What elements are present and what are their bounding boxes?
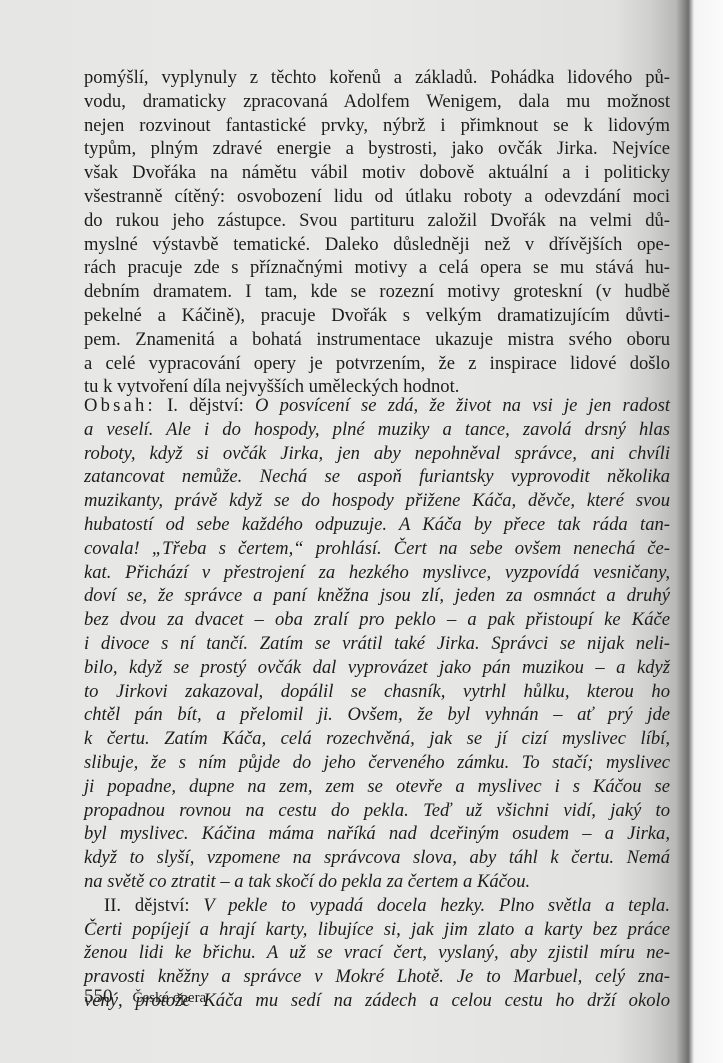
text-line: kat. Přichází v přestrojení za hezkého m… xyxy=(84,561,670,585)
running-head: Česká opera xyxy=(133,990,207,1006)
text-line: pem. Znamenitá a bohatá instrumentace uk… xyxy=(84,328,670,352)
text-line: ji popadne, dupne na zem, zem se otevře … xyxy=(84,775,670,799)
page-number: 550 xyxy=(84,986,113,1007)
text-line: pekelné a Káčině), pracuje Dvořák s velk… xyxy=(84,304,670,328)
text-line: doví se, že správce a paní kněžna jsou z… xyxy=(84,584,670,608)
page-footer: 550 Česká opera xyxy=(84,986,206,1008)
intro-paragraph: pomýšlí, vyplynuly z těchto kořenů a zák… xyxy=(84,66,670,399)
text-line: typům, plným zdravé energie a bystrosti,… xyxy=(84,137,670,161)
text-line: vodu, dramaticky zpracovaná Adolfem Weni… xyxy=(84,90,670,114)
text-line: covala! „Třeba s čertem,“ prohlásí. Čert… xyxy=(84,537,670,561)
text-line: slibuje, že s ním půjde do jeho červenéh… xyxy=(84,751,670,775)
text-line: bilo, když se prostý ovčák dal vyprováze… xyxy=(84,656,670,680)
text-line: roboty, když si ovčák Jirka, jen aby nep… xyxy=(84,442,670,466)
text-line: i divoce s ní tančí. Zatím se vrátil tak… xyxy=(84,632,670,656)
text-line: ženou lidi ke břichu. A už se vrací čert… xyxy=(84,941,670,965)
text-line: myslné výstavbě tematické. Daleko důsled… xyxy=(84,233,670,257)
act1-first-line: Obsah: I. dějství: O posvícení se zdá, ž… xyxy=(84,394,670,418)
text-line: nejen rozvinout fantastické prvky, nýbrž… xyxy=(84,114,670,138)
text-line: Čerti popíjejí a hrají karty, libujíce s… xyxy=(84,918,670,942)
act2-label: II. dějství: xyxy=(104,895,190,916)
text-line: rách pracuje zde s příznačnými motivy a … xyxy=(84,256,670,280)
text-line: to Jirkovi zakazoval, dopálil se chasník… xyxy=(84,680,670,704)
text-line: k čertu. Zatím Káča, celá rozechvěná, ja… xyxy=(84,727,670,751)
text-line: chtěl pán bít, a přelomil ji. Ovšem, že … xyxy=(84,703,670,727)
act2-text: V pekle to vypadá docela hezky. Plno svě… xyxy=(203,895,670,916)
text-line: muzikanty, právě když se do hospody přiž… xyxy=(84,489,670,513)
text-line: a celé vypracování opery je potvrzením, … xyxy=(84,352,670,376)
text-line: všestranně cítěný: osvobození lidu od út… xyxy=(84,185,670,209)
text-line: na světě co ztratit – a tak skočí do pek… xyxy=(84,870,670,894)
text-line: debním dramatem. I tam, kde se rozezní m… xyxy=(84,280,670,304)
act1-text: O posvícení se zdá, že život na vsi je j… xyxy=(255,395,670,416)
book-page: pomýšlí, vyplynuly z těchto kořenů a zák… xyxy=(0,0,723,1063)
act1-label: I. dějství: xyxy=(167,395,244,416)
text-line: do rukou jeho zástupce. Svou partituru z… xyxy=(84,209,670,233)
text-line: však Dvořáka na námětu vábil motiv dobov… xyxy=(84,161,670,185)
text-line: když to slyší, vzpomene na správcova slo… xyxy=(84,846,670,870)
synopsis-label: Obsah: xyxy=(84,395,156,416)
text-line: hubatostí od sebe každého odpuzuje. A Ká… xyxy=(84,513,670,537)
text-line: zatancovat nemůže. Nechá se aspoň furian… xyxy=(84,465,670,489)
text-line: pomýšlí, vyplynuly z těchto kořenů a zák… xyxy=(84,66,670,90)
synopsis-section: Obsah: I. dějství: O posvícení se zdá, ž… xyxy=(84,394,670,1013)
text-line: propadnou rovnou na cestu do pekla. Teď … xyxy=(84,799,670,823)
text-line: byl myslivec. Káčina máma naříká nad dce… xyxy=(84,822,670,846)
text-line: bez dvou za dvacet – oba zralí pro peklo… xyxy=(84,608,670,632)
text-line: a veselí. Ale i do hospody, plné muziky … xyxy=(84,418,670,442)
act2-first-line: II. dějství: V pekle to vypadá docela he… xyxy=(84,894,670,918)
